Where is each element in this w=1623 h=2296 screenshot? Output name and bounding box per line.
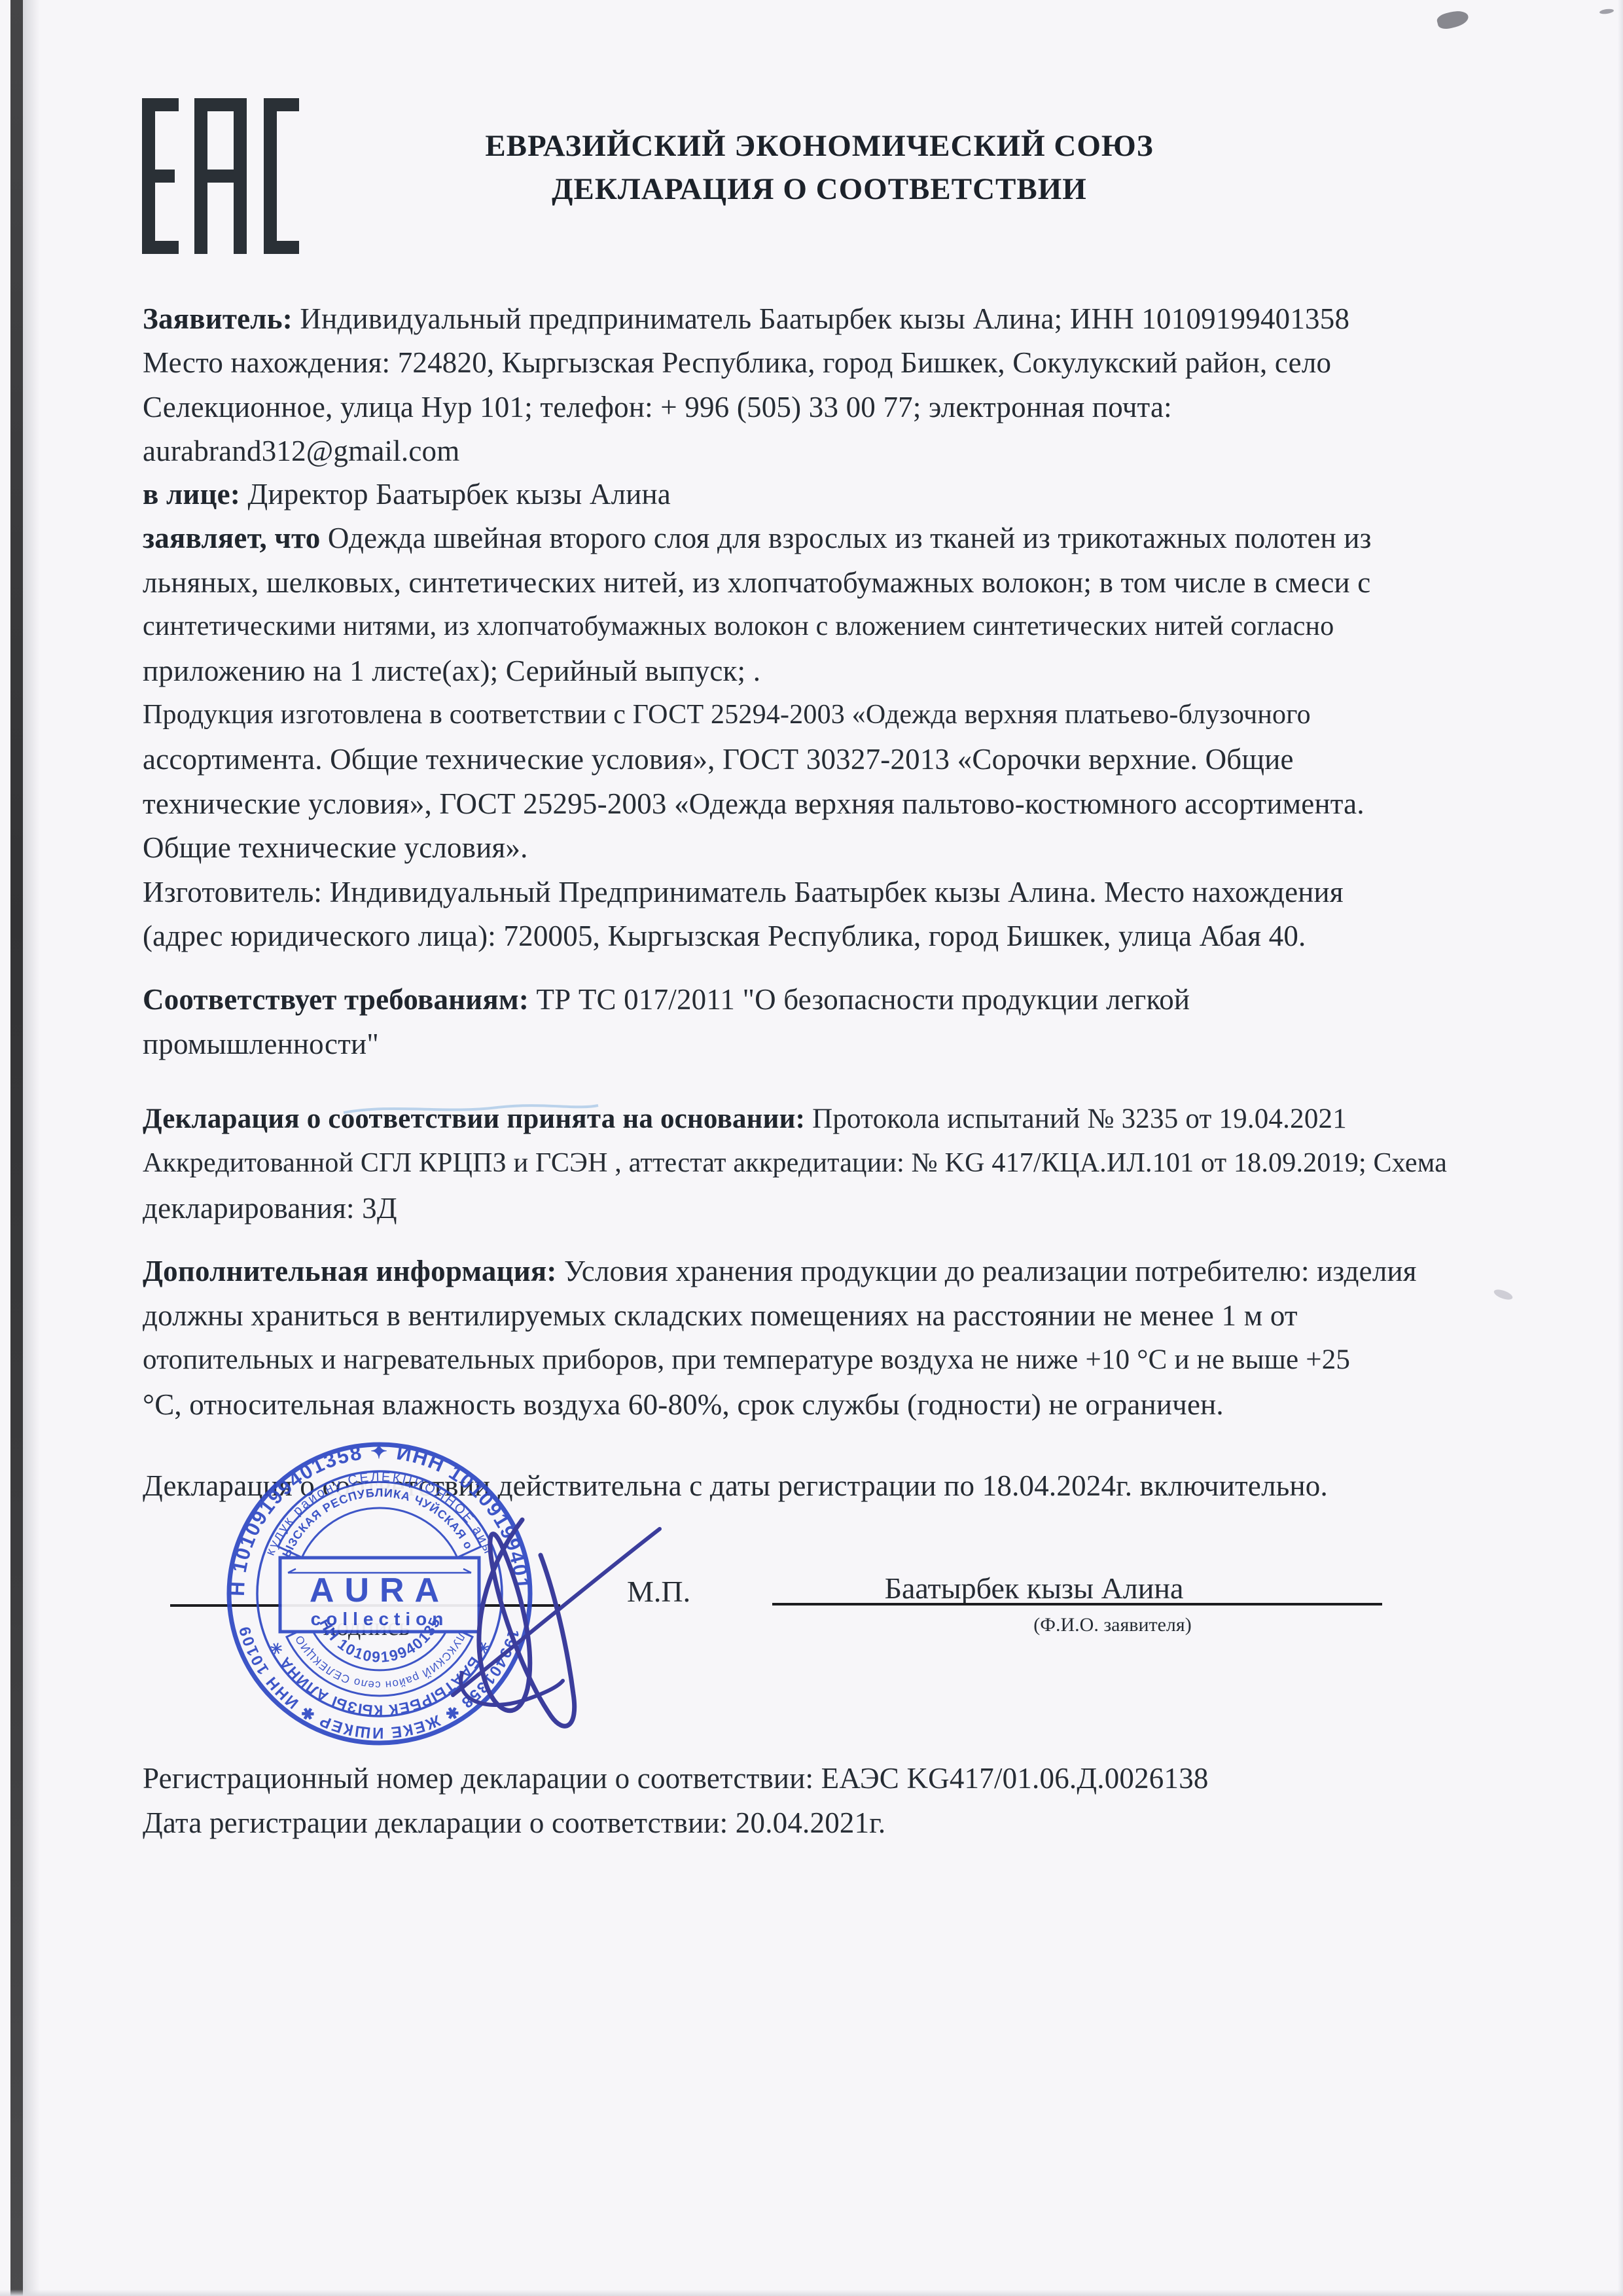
text-line: заявляет, что Одежда швейная второго сло… — [143, 524, 1372, 553]
text-line: Дата регистрации декларации о соответств… — [143, 1808, 885, 1838]
text-line: Соответствует требованиям: ТР ТС 017/201… — [143, 985, 1190, 1014]
text-line: Продукция изготовлена в соответствии с Г… — [143, 701, 1311, 728]
applicant-name-caption: (Ф.И.О. заявителя) — [1033, 1614, 1191, 1636]
text-line: aurabrand312@gmail.com — [143, 437, 459, 466]
text-line: льняных, шелковых, синтетических нитей, … — [143, 568, 1370, 598]
text-line: Изготовитель: Индивидуальный Предпринима… — [143, 878, 1344, 907]
text-line: Общие технические условия». — [143, 833, 528, 863]
text-line: Дополнительная информация: Условия хране… — [143, 1257, 1417, 1286]
text-line: в лице: Директор Баатырбек кызы Алина — [143, 480, 671, 509]
text-line: приложению на 1 листе(ах); Серийный выпу… — [143, 656, 760, 686]
text-line: °С, относительная влажность воздуха 60-8… — [143, 1390, 1224, 1420]
text-line: отопительных и нагревательных приборов, … — [143, 1346, 1350, 1374]
scan-edge-shadow — [23, 0, 40, 2296]
pen-artifact-line — [327, 1086, 628, 1132]
scanned-declaration-page: ЕВРАЗИЙСКИЙ ЭКОНОМИЧЕСКИЙ СОЮЗ ДЕКЛАРАЦИ… — [0, 0, 1623, 2296]
document-title: ДЕКЛАРАЦИЯ О СООТВЕТСТВИИ — [552, 171, 1087, 207]
union-title: ЕВРАЗИЙСКИЙ ЭКОНОМИЧЕСКИЙ СОЮЗ — [485, 128, 1153, 164]
text-line: Декларация о соответствии принята на осн… — [143, 1105, 1347, 1133]
text-line: Селекционное, улица Нур 101; телефон: + … — [143, 393, 1172, 422]
text-line: ассортимента. Общие технические условия»… — [143, 745, 1294, 774]
text-line: Заявитель: Индивидуальный предпринимател… — [143, 304, 1349, 334]
scan-smudge — [1493, 1287, 1514, 1302]
text-line: промышленности" — [143, 1030, 379, 1059]
text-line: декларирования: 3Д — [143, 1194, 397, 1223]
eac-logo — [139, 98, 300, 254]
scan-smudge — [1599, 9, 1614, 15]
text-line: Регистрационный номер декларации о соотв… — [143, 1764, 1209, 1793]
applicant-name: Баатырбек кызы Алина — [885, 1571, 1184, 1605]
text-line: синтетическими нитями, из хлопчатобумажн… — [143, 613, 1334, 640]
scan-bottom-edge — [0, 2289, 1623, 2296]
scan-edge-strip — [10, 0, 23, 2296]
signature-rule-right — [772, 1603, 1382, 1605]
text-line: технические условия», ГОСТ 25295-2003 «О… — [143, 789, 1364, 819]
handwritten-signature — [419, 1502, 681, 1744]
scan-right-edge — [1618, 0, 1623, 2296]
text-line: Место нахождения: 724820, Кыргызская Рес… — [143, 348, 1331, 378]
text-line: (адрес юридического лица): 720005, Кыргы… — [143, 922, 1306, 951]
text-line: Аккредитованной СГЛ КРЦПЗ и ГСЭН , аттес… — [143, 1149, 1447, 1177]
text-line: должны храниться в вентилируемых складск… — [143, 1301, 1298, 1331]
scan-smudge — [1436, 9, 1470, 31]
